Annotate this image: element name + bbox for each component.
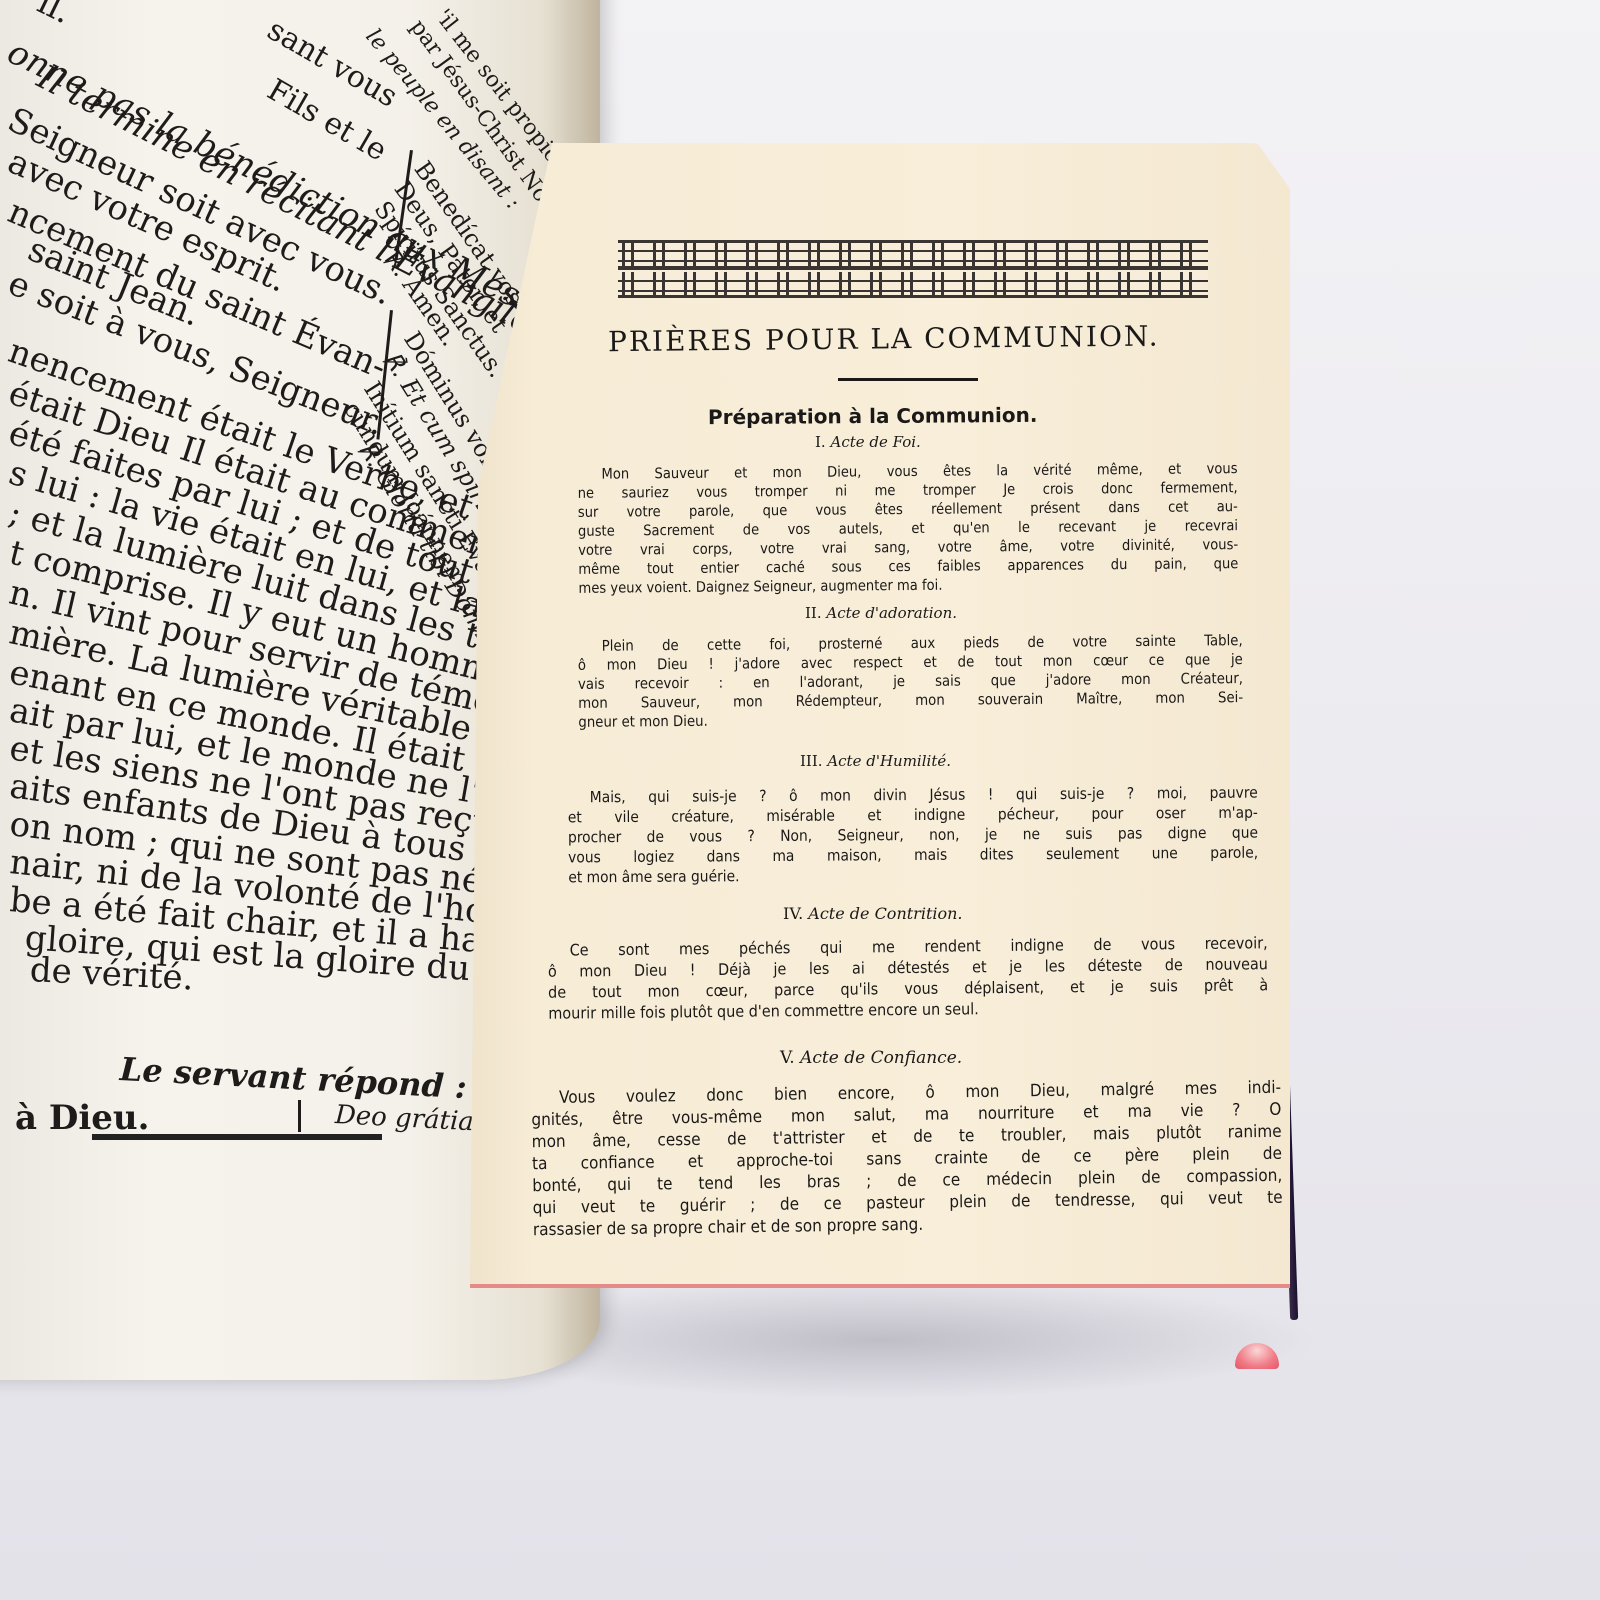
page-edge-red xyxy=(470,1284,1290,1288)
act-heading: V. Acte de Confiance. xyxy=(780,1048,962,1068)
act-paragraph: Mon Sauveur et mon Dieu, vous êtes la vé… xyxy=(577,459,1238,598)
act-heading: III. Acte d'Humilité. xyxy=(800,752,951,770)
end-rule xyxy=(92,1134,382,1140)
act-paragraph: Plein de cette foi, prosterné aux pieds … xyxy=(578,631,1244,732)
title-rule xyxy=(838,378,978,381)
act-paragraph: Mais, qui suis-je ? ô mon divin Jésus ! … xyxy=(568,783,1259,888)
section-heading: Préparation à la Communion. xyxy=(708,403,1038,429)
act-heading: IV. Acte de Contrition. xyxy=(783,904,963,923)
response-french: à Dieu. xyxy=(15,1098,149,1138)
page-title: PRIÈRES POUR LA COMMUNION. xyxy=(608,319,1228,358)
response-divider xyxy=(298,1100,301,1132)
text-line: de vérité. xyxy=(29,950,195,999)
act-heading: II. Acte d'adoration. xyxy=(805,604,957,622)
fragment: il. xyxy=(31,0,78,32)
act-heading: I. Acte de Foi. xyxy=(815,433,921,451)
act-numeral: I. xyxy=(815,433,826,451)
act-paragraph: Ce sont mes péchés qui me rendent indign… xyxy=(548,932,1269,1024)
servant-rubric: Le servant répond : xyxy=(119,1050,468,1106)
act-paragraph: Vous voulez donc bien encore, ô mon Dieu… xyxy=(531,1077,1283,1241)
ornamental-header-band xyxy=(618,240,1208,298)
act-name: Acte de Foi. xyxy=(830,433,920,451)
